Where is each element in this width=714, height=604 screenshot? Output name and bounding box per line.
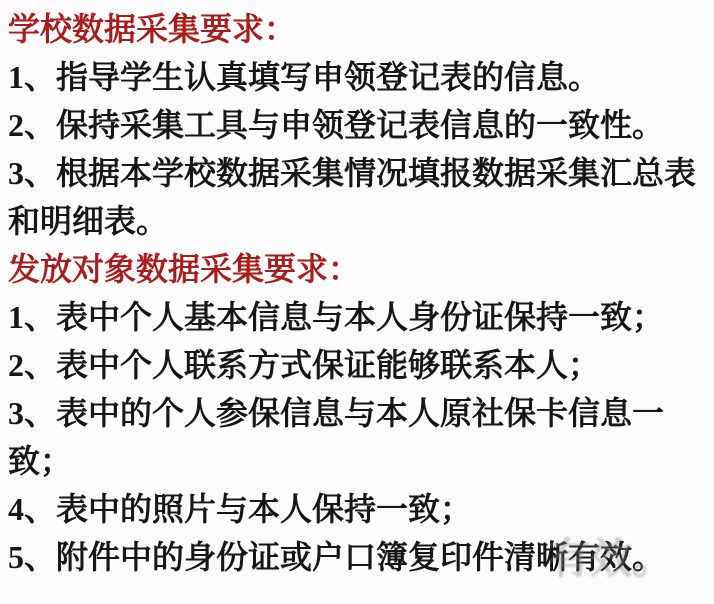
school-requirement-1: 1、指导学生认真填写申领登记表的信息。: [8, 53, 710, 101]
school-requirement-3: 3、根据本学校数据采集情况填报数据采集汇总表和明细表。: [8, 149, 710, 245]
recipient-requirement-5: 5、附件中的身份证或户口簿复印件清晰有效。: [8, 533, 710, 581]
section-recipient-heading: 发放对象数据采集要求：: [8, 245, 710, 293]
recipient-requirement-2: 2、表中个人联系方式保证能够联系本人；: [8, 341, 710, 389]
recipient-requirement-3: 3、表中的个人参保信息与本人原社保卡信息一致；: [8, 389, 710, 485]
section-school-heading: 学校数据采集要求：: [8, 5, 710, 53]
school-requirement-2: 2、保持采集工具与申领登记表信息的一致性。: [8, 101, 710, 149]
document: 学校数据采集要求： 1、指导学生认真填写申领登记表的信息。 2、保持采集工具与申…: [0, 0, 714, 604]
recipient-requirement-4: 4、表中的照片与本人保持一致；: [8, 485, 710, 533]
recipient-requirement-1: 1、表中个人基本信息与本人身份证保持一致；: [8, 293, 710, 341]
